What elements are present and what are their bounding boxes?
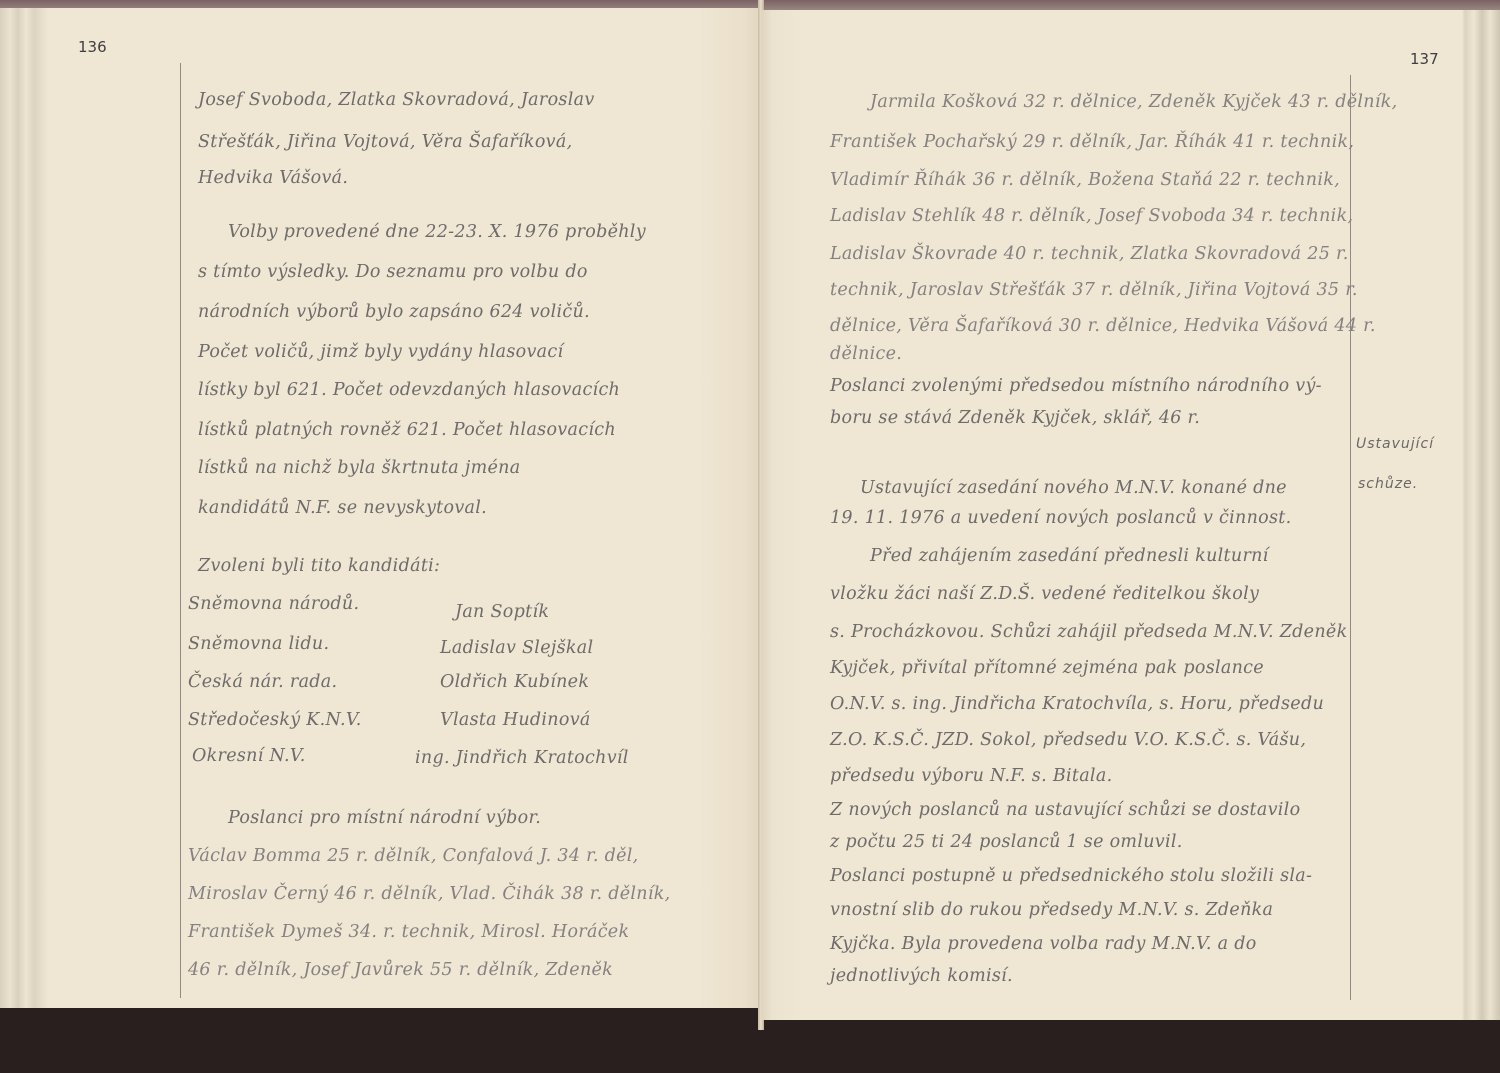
- candidate-name: Ladislav Slejškal: [440, 638, 593, 658]
- deputies-heading: Poslanci pro místní národní výbor.: [228, 808, 541, 828]
- open-ledger-book: 136 Josef Svoboda, Zlatka Skovradová, Ja…: [0, 0, 1500, 1073]
- margin-note-line: schůze.: [1358, 476, 1418, 492]
- text-line: Počet voličů, jimž byly vydány hlasovací: [198, 342, 563, 362]
- text-line: František Pochařský 29 r. dělník, Jar. Ř…: [830, 132, 1354, 152]
- text-line: Kyjček, přivítal přítomné zejména pak po…: [830, 658, 1264, 678]
- text-line: s tímto výsledky. Do seznamu pro volbu d…: [198, 262, 588, 282]
- text-line: jednotlivých komisí.: [830, 966, 1013, 986]
- text-line: Kyjčka. Byla provedena volba rady M.N.V.…: [830, 934, 1257, 954]
- text-line: Poslanci postupně u předsednického stolu…: [830, 866, 1312, 886]
- text-line: Václav Bomma 25 r. dělník, Confalová J. …: [188, 846, 639, 866]
- right-page: 137 Jarmila Košková 32 r. dělnice, Zdeně…: [762, 10, 1500, 1020]
- text-line: Před zahájením zasedání přednesli kultur…: [870, 546, 1269, 566]
- text-line: František Dymeš 34. r. technik, Mirosl. …: [188, 922, 629, 942]
- text-line: z počtu 25 ti 24 poslanců 1 se omluvil.: [830, 832, 1183, 852]
- candidate-body: Česká nár. rada.: [188, 672, 337, 692]
- candidate-name: Jan Soptík: [455, 602, 549, 622]
- text-line: dělnice.: [830, 344, 902, 364]
- text-line: Poslanci zvolenými předsedou místního ná…: [830, 376, 1322, 396]
- text-line: 46 r. dělník, Josef Javůrek 55 r. dělník…: [188, 960, 613, 980]
- left-page: 136 Josef Svoboda, Zlatka Skovradová, Ja…: [0, 8, 760, 1008]
- text-line: O.N.V. s. ing. Jindřicha Kratochvíla, s.…: [830, 694, 1324, 714]
- text-line: Ladislav Stehlík 48 r. dělník, Josef Svo…: [830, 206, 1353, 226]
- text-line: boru se stává Zdeněk Kyjček, sklář, 46 r…: [830, 408, 1200, 428]
- text-line: Vladimír Říhák 36 r. dělník, Božena Staň…: [830, 170, 1340, 190]
- text-line: Z nových poslanců na ustavující schůzi s…: [830, 800, 1300, 820]
- text-line: lístků platných rovněž 621. Počet hlasov…: [198, 420, 616, 440]
- candidate-name: Oldřich Kubínek: [440, 672, 589, 692]
- left-margin-rule: [180, 63, 181, 998]
- text-line: kandidátů N.F. se nevyskytoval.: [198, 498, 487, 518]
- text-line: Miroslav Černý 46 r. dělník, Vlad. Čihák…: [188, 884, 671, 904]
- text-line: dělnice, Věra Šafaříková 30 r. dělnice, …: [830, 316, 1376, 336]
- text-line: Hedvika Vášová.: [198, 168, 348, 188]
- candidate-name: ing. Jindřich Kratochvíl: [415, 748, 629, 768]
- page-number-left: 136: [78, 38, 107, 56]
- candidate-body: Sněmovna národů.: [188, 594, 359, 614]
- candidate-body: Středočeský K.N.V.: [188, 710, 362, 730]
- text-line: Ladislav Škovrade 40 r. technik, Zlatka …: [830, 244, 1349, 264]
- text-line: Ustavující zasedání nového M.N.V. konané…: [860, 478, 1287, 498]
- text-line: lístky byl 621. Počet odevzdaných hlasov…: [198, 380, 620, 400]
- candidate-name: Vlasta Hudinová: [440, 710, 591, 730]
- page-number-right: 137: [1410, 50, 1439, 68]
- margin-note-line: Ustavující: [1356, 436, 1434, 452]
- text-line: vložku žáci naší Z.D.Š. vedené ředitelko…: [830, 584, 1259, 604]
- text-line: lístků na nichž byla škrtnuta jména: [198, 458, 520, 478]
- text-line: Volby provedené dne 22-23. X. 1976 probě…: [228, 222, 646, 242]
- text-line: Z.O. K.S.Č. JZD. Sokol, předsedu V.O. K.…: [830, 730, 1306, 750]
- text-line: Josef Svoboda, Zlatka Skovradová, Jarosl…: [198, 90, 595, 110]
- text-line: vnostní slib do rukou předsedy M.N.V. s.…: [830, 900, 1273, 920]
- candidate-body: Sněmovna lidu.: [188, 634, 329, 654]
- candidate-body: Okresní N.V.: [192, 746, 306, 766]
- text-line: technik, Jaroslav Střešťák 37 r. dělník,…: [830, 280, 1358, 300]
- text-line: Střešťák, Jiřina Vojtová, Věra Šafaříkov…: [198, 132, 572, 152]
- text-line: s. Procházkovou. Schůzi zahájil předseda…: [830, 622, 1347, 642]
- candidates-heading: Zvoleni byli tito kandidáti:: [198, 556, 440, 576]
- text-line: předsedu výboru N.F. s. Bitala.: [830, 766, 1112, 786]
- text-line: Jarmila Košková 32 r. dělnice, Zdeněk Ky…: [870, 92, 1398, 112]
- text-line: 19. 11. 1976 a uvedení nových poslanců v…: [830, 508, 1291, 528]
- text-line: národních výborů bylo zapsáno 624 voličů…: [198, 302, 590, 322]
